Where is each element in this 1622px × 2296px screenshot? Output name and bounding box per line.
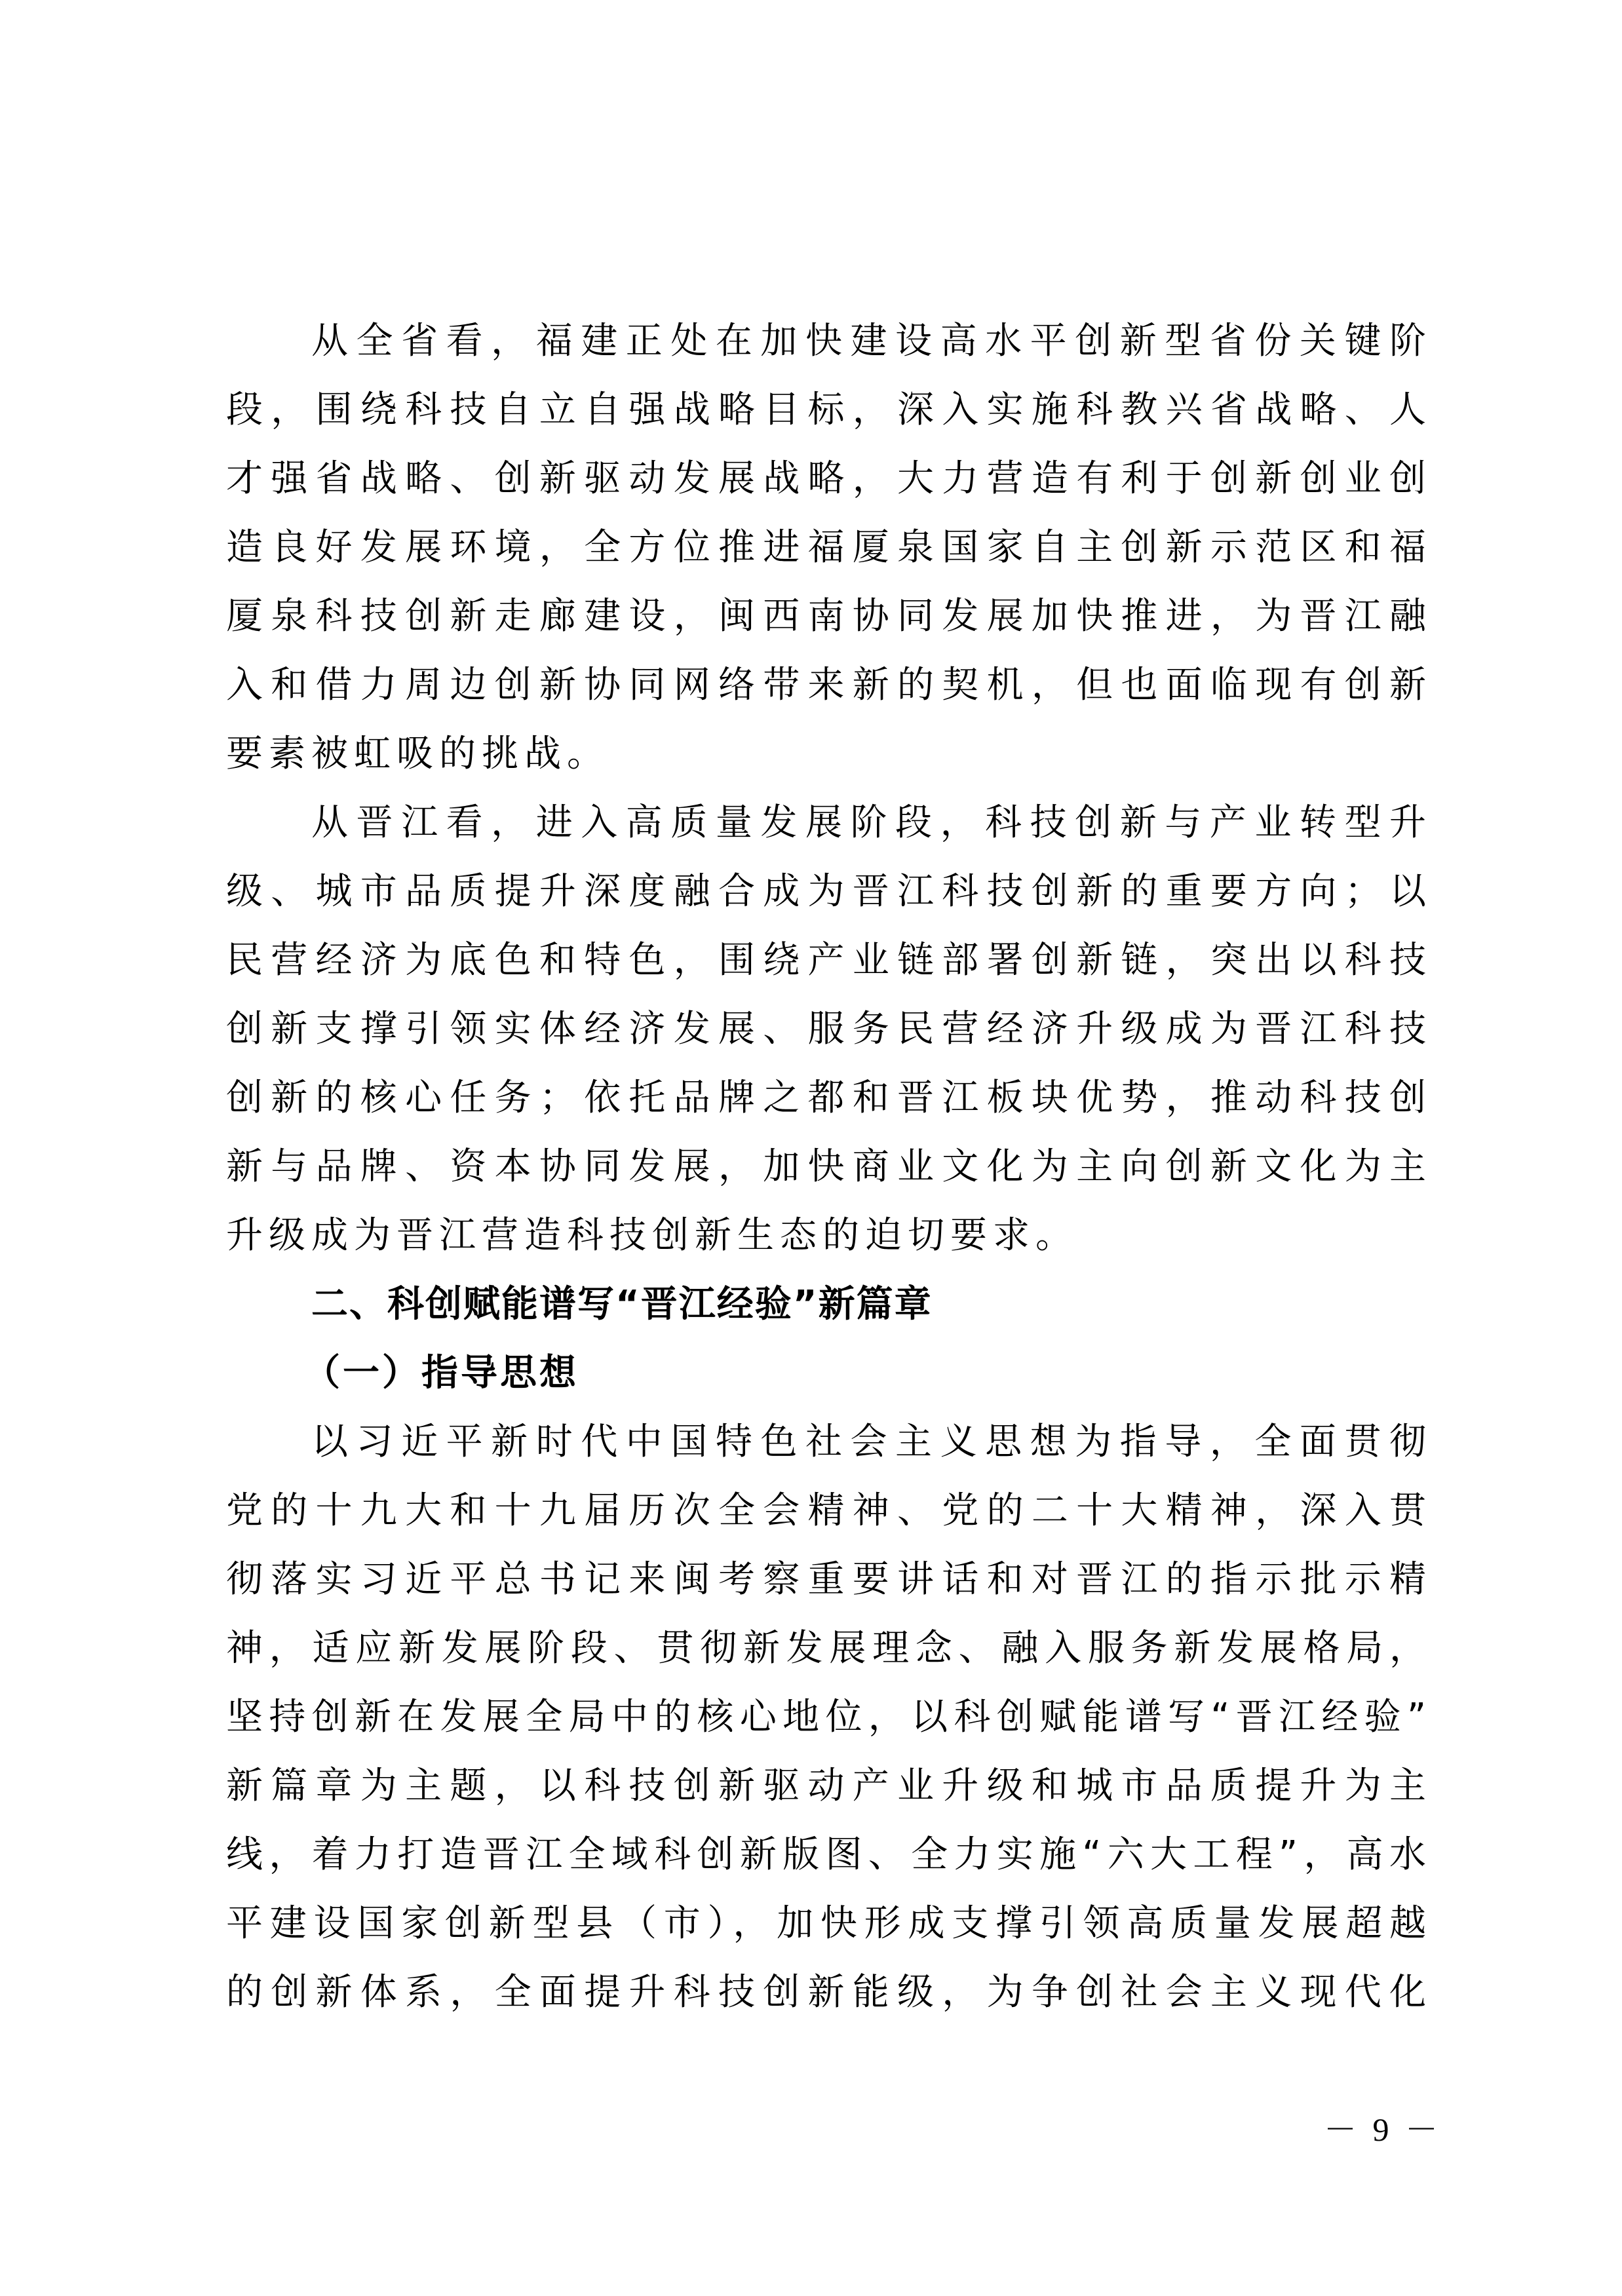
paragraph-2-line-3: 民营经济为底色和特色，围绕产业链部署创新链，突出以科技 <box>226 926 1432 995</box>
paragraph-3-line-9: 的创新体系，全面提升科技创新能级，为争创社会主义现代化 <box>226 1958 1432 2027</box>
section-heading: 二、科创赋能谱写“晋江经验”新篇章 <box>226 1270 1432 1339</box>
paragraph-3-line-1: 以习近平新时代中国特色社会主义思想为指导，全面贯彻 <box>226 1407 1432 1476</box>
page-number: － 9 － <box>1324 2103 1442 2151</box>
paragraph-3-line-4: 神，适应新发展阶段、贯彻新发展理念、融入服务新发展格局， <box>226 1614 1432 1683</box>
paragraph-2-line-4: 创新支撑引领实体经济发展、服务民营经济升级成为晋江科技 <box>226 995 1432 1063</box>
paragraph-3-line-8: 平建设国家创新型县（市），加快形成支撑引领高质量发展超越 <box>226 1889 1432 1958</box>
paragraph-2-line-7: 升级成为晋江营造科技创新生态的迫切要求。 <box>226 1201 1432 1270</box>
paragraph-1-line-3: 才强省战略、创新驱动发展战略，大力营造有利于创新创业创 <box>226 444 1432 513</box>
paragraph-1-line-7: 要素被虹吸的挑战。 <box>226 719 1432 788</box>
paragraph-3-line-7: 线，着力打造晋江全域科创新版图、全力实施“六大工程”，高水 <box>226 1820 1432 1889</box>
paragraph-3-line-2: 党的十九大和十九届历次全会精神、党的二十大精神，深入贯 <box>226 1476 1432 1545</box>
paragraph-2-line-2: 级、城市品质提升深度融合成为晋江科技创新的重要方向；以 <box>226 857 1432 926</box>
paragraph-2-line-5: 创新的核心任务；依托品牌之都和晋江板块优势，推动科技创 <box>226 1063 1432 1132</box>
paragraph-1-line-6: 入和借力周边创新协同网络带来新的契机，但也面临现有创新 <box>226 651 1432 719</box>
document-page: 从全省看，福建正处在加快建设高水平创新型省份关键阶 段，围绕科技自立自强战略目标… <box>0 0 1622 2296</box>
paragraph-1-line-5: 厦泉科技创新走廊建设，闽西南协同发展加快推进，为晋江融 <box>226 582 1432 651</box>
paragraph-3-line-6: 新篇章为主题，以科技创新驱动产业升级和城市品质提升为主 <box>226 1751 1432 1820</box>
subsection-heading: （一）指导思想 <box>226 1339 1432 1407</box>
paragraph-3-line-5: 坚持创新在发展全局中的核心地位，以科创赋能谱写“晋江经验” <box>226 1683 1432 1751</box>
paragraph-1-line-4: 造良好发展环境，全方位推进福厦泉国家自主创新示范区和福 <box>226 513 1432 582</box>
paragraph-2-line-6: 新与品牌、资本协同发展，加快商业文化为主向创新文化为主 <box>226 1132 1432 1201</box>
document-body: 从全省看，福建正处在加快建设高水平创新型省份关键阶 段，围绕科技自立自强战略目标… <box>226 307 1432 2027</box>
paragraph-3-line-3: 彻落实习近平总书记来闽考察重要讲话和对晋江的指示批示精 <box>226 1545 1432 1614</box>
paragraph-2-line-1: 从晋江看，进入高质量发展阶段，科技创新与产业转型升 <box>226 788 1432 857</box>
paragraph-1-line-2: 段，围绕科技自立自强战略目标，深入实施科教兴省战略、人 <box>226 375 1432 444</box>
paragraph-1-line-1: 从全省看，福建正处在加快建设高水平创新型省份关键阶 <box>226 307 1432 375</box>
